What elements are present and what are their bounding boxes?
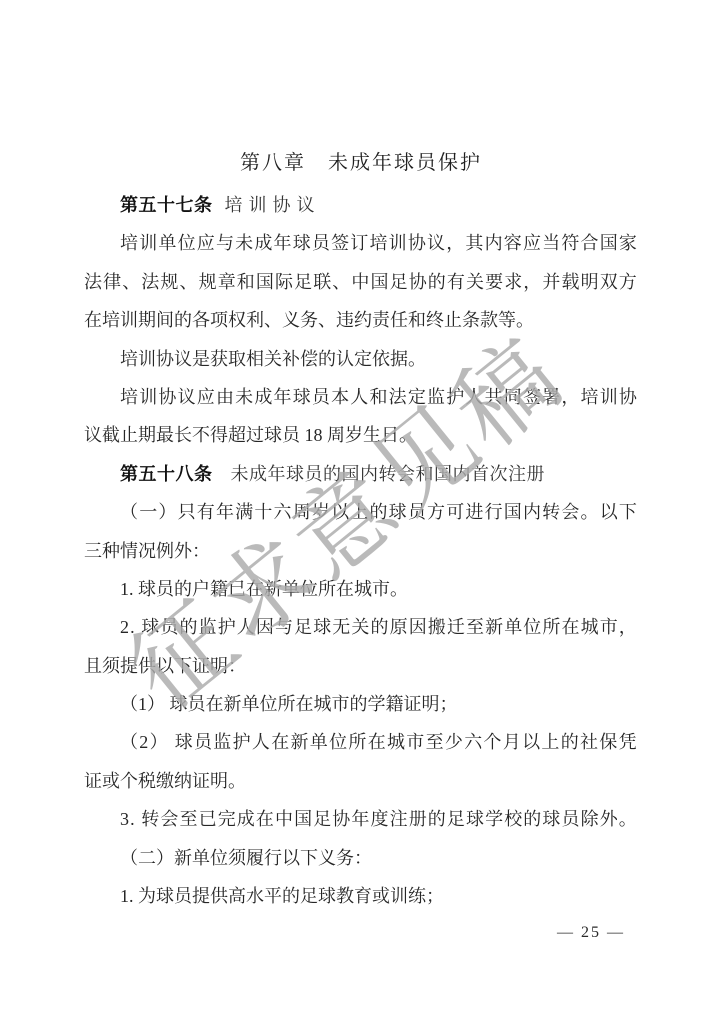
paragraph-line: 证或个税缴纳证明。	[84, 762, 638, 800]
list-item-line: 2. 球员的监护人因与足球无关的原因搬迁至新单位所在城市，	[84, 608, 638, 646]
chapter-heading: 第八章 未成年球员保护	[84, 141, 638, 186]
paragraph-line: 三种情况例外：	[84, 532, 638, 570]
paragraph-line: （二）新单位须履行以下义务：	[84, 839, 638, 877]
paragraph-line: 在培训期间的各项权利、义务、违约责任和终止条款等。	[84, 301, 638, 339]
article-58-heading: 第五十八条未成年球员的国内转会和国内首次注册	[84, 455, 638, 493]
list-item-line: 1. 为球员提供高水平的足球教育或训练；	[84, 877, 638, 915]
paragraph-line: 培训协议是获取相关补偿的认定依据。	[84, 340, 638, 378]
article-57-number: 第五十七条	[120, 195, 213, 215]
page-number: — 25 —	[557, 922, 625, 944]
paragraph-line: （一）只有年满十六周岁以上的球员方可进行国内转会。以下	[84, 493, 638, 531]
paragraph-line: 培训协议应由未成年球员本人和法定监护人共同签署，培训协	[84, 378, 638, 416]
article-57-heading: 第五十七条培训协议	[84, 186, 638, 224]
list-item-line: （2） 球员监护人在新单位所在城市至少六个月以上的社保凭	[84, 723, 638, 761]
article-58-number: 第五十八条	[120, 464, 213, 484]
list-item-line: 1. 球员的户籍已在新单位所在城市。	[84, 570, 638, 608]
list-item-line: （1） 球员在新单位所在城市的学籍证明；	[84, 685, 638, 723]
article-58-title: 未成年球员的国内转会和国内首次注册	[231, 464, 546, 484]
paragraph-line: 法律、法规、规章和国际足联、中国足协的有关要求，并载明双方	[84, 263, 638, 301]
paragraph-line: 议截止期最长不得超过球员 18 周岁生日。	[84, 416, 638, 454]
document-page: 征求意见稿 第八章 未成年球员保护 第五十七条培训协议 培训单位应与未成年球员签…	[0, 0, 720, 1018]
article-57-title: 培训协议	[225, 195, 321, 215]
list-item-line: 3. 转会至已完成在中国足协年度注册的足球学校的球员除外。	[84, 800, 638, 838]
paragraph-line: 且须提供以下证明：	[84, 647, 638, 685]
document-body: 第八章 未成年球员保护 第五十七条培训协议 培训单位应与未成年球员签订培训协议，…	[84, 141, 638, 915]
paragraph-line: 培训单位应与未成年球员签订培训协议，其内容应当符合国家	[84, 224, 638, 262]
page: { "document": { "chapter_title": "第八章 未成…	[0, 0, 720, 1018]
